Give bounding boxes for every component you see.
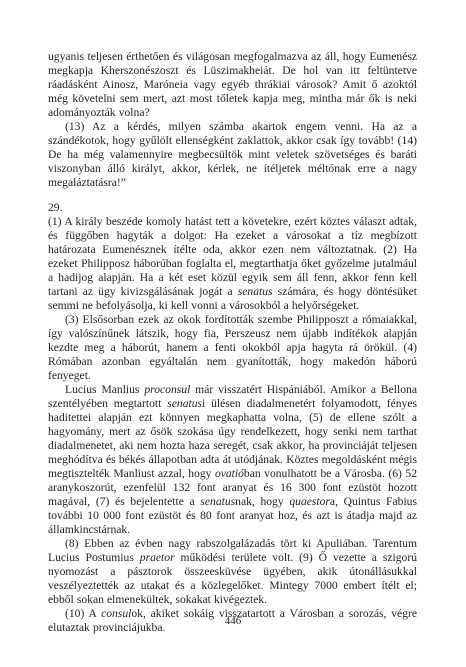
paragraph: (1) A király beszéde komoly hatást tett … bbox=[48, 215, 417, 313]
section-heading: 29. bbox=[48, 201, 417, 215]
paragraph: (8) Ebben az évben nagy rabszolgalázadás… bbox=[48, 537, 417, 607]
latin-term-italic: senatus bbox=[167, 397, 202, 410]
latin-term-italic: senatus bbox=[200, 495, 235, 508]
paragraph: Lucius Manlius proconsul már visszatért … bbox=[48, 383, 417, 537]
paragraph-text: nak, hogy bbox=[235, 495, 289, 508]
latin-term-italic: ovatió bbox=[215, 467, 244, 480]
page-number: 446 bbox=[0, 614, 466, 628]
paragraph: (3) Elsősorban ezek az okok fordították … bbox=[48, 313, 417, 383]
text-block: ugyanis teljesen érthetően és világosan … bbox=[48, 50, 417, 635]
paragraph-text: ugyanis teljesen érthetően és világosan … bbox=[48, 50, 417, 119]
paragraph-text: (13) Az a kérdés, milyen számba akartok … bbox=[48, 120, 417, 189]
latin-term-italic: praetor bbox=[140, 551, 175, 564]
latin-term-italic: senatus bbox=[238, 285, 273, 298]
paragraph-text: Lucius Manlius bbox=[65, 383, 144, 396]
paragraph: ugyanis teljesen érthetően és világosan … bbox=[48, 50, 417, 120]
paragraph-text: (3) Elsősorban ezek az okok fordították … bbox=[48, 313, 417, 382]
latin-term-italic: quaestor bbox=[289, 495, 330, 508]
paragraph: (13) Az a kérdés, milyen számba akartok … bbox=[48, 120, 417, 190]
book-page: ugyanis teljesen érthetően és világosan … bbox=[0, 0, 466, 667]
latin-term-italic: proconsul bbox=[144, 383, 190, 396]
